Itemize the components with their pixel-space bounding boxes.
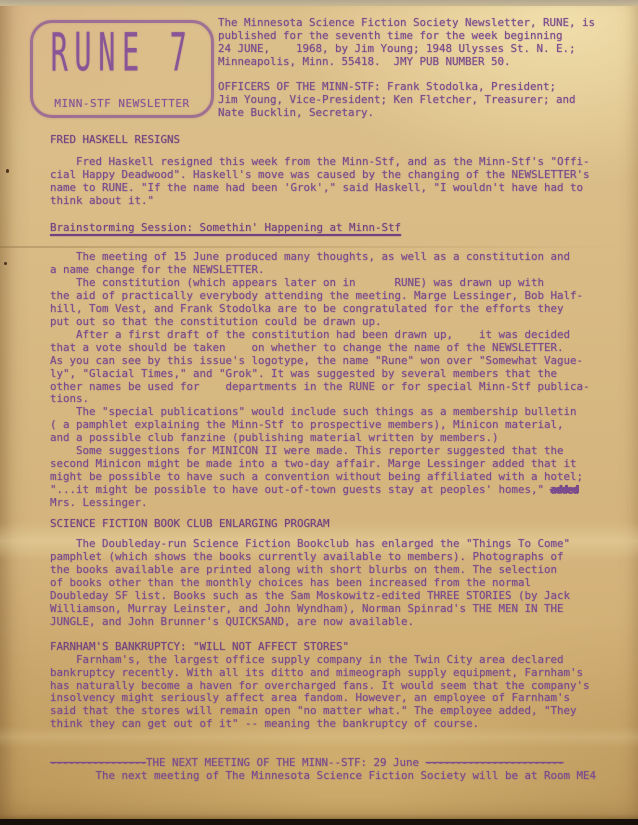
dash-rule-left: ---------------- [50, 756, 146, 769]
article-paragraph: Farnham's, the largest office supply com… [50, 654, 620, 731]
next-meeting-title: THE NEXT MEETING OF THE MINN--STF: 29 Ju… [146, 756, 426, 769]
article-paragraph: Some suggestions for MINICON II were mad… [50, 445, 620, 510]
logo-subtitle: MINN-STF NEWSLETTER [33, 97, 211, 110]
article-paragraph: After a first draft of the constitution … [50, 329, 620, 406]
logo-title: RUNE 7 [37, 23, 206, 84]
paragraph-text: Mrs. Lessinger. [50, 496, 148, 509]
article-paragraph: Fred Haskell resigned this week from the… [50, 156, 620, 208]
next-meeting-detail: The next meeting of The Minnesota Scienc… [50, 770, 620, 783]
newsletter-page: RUNE 7 MINN-STF NEWSLETTER The Minnesota… [0, 0, 638, 825]
article-paragraph: The "special publications" would include… [50, 406, 620, 445]
next-meeting-notice: ----------------THE NEXT MEETING OF THE … [50, 757, 620, 783]
paragraph-text: Some suggestions for MINICON II were mad… [50, 444, 583, 496]
article-fred-haskell-resigns: FRED HASKELL RESIGNS Fred Haskell resign… [50, 134, 620, 208]
logo-box: RUNE 7 MINN-STF NEWSLETTER [30, 20, 214, 118]
article-heading: FRED HASKELL RESIGNS [50, 134, 620, 147]
paper-speck [4, 262, 7, 265]
officers-info: OFFICERS OF THE MINN-STF: Frank Stodolka… [218, 81, 576, 120]
article-brainstorming-session: Brainstorming Session: Somethin' Happeni… [50, 222, 620, 510]
article-heading: Brainstorming Session: Somethin' Happeni… [50, 222, 620, 235]
article-farnhams-bankruptcy: FARNHAM'S BANKRUPTCY: "WILL NOT AFFECT S… [50, 641, 620, 731]
dash-rule-right: ----------------------- [426, 756, 564, 769]
articles-column: FRED HASKELL RESIGNS Fred Haskell resign… [50, 134, 620, 783]
article-paragraph: The Doubleday-run Science Fiction Bookcl… [50, 538, 620, 628]
scan-edge-top [0, 0, 638, 6]
article-heading: FARNHAM'S BANKRUPTCY: "WILL NOT AFFECT S… [50, 641, 620, 654]
article-paragraph: The meeting of 15 June produced many tho… [50, 251, 620, 277]
paper-speck [6, 169, 9, 173]
overstruck-word: added [551, 483, 579, 496]
article-sf-book-club: SCIENCE FICTION BOOK CLUB ENLARGING PROG… [50, 518, 620, 629]
scan-edge-bottom [0, 819, 638, 825]
article-paragraph: The constitution (which appears later on… [50, 277, 620, 329]
article-heading: SCIENCE FICTION BOOK CLUB ENLARGING PROG… [50, 518, 620, 531]
publication-info: The Minnesota Science Fiction Society Ne… [218, 17, 595, 69]
